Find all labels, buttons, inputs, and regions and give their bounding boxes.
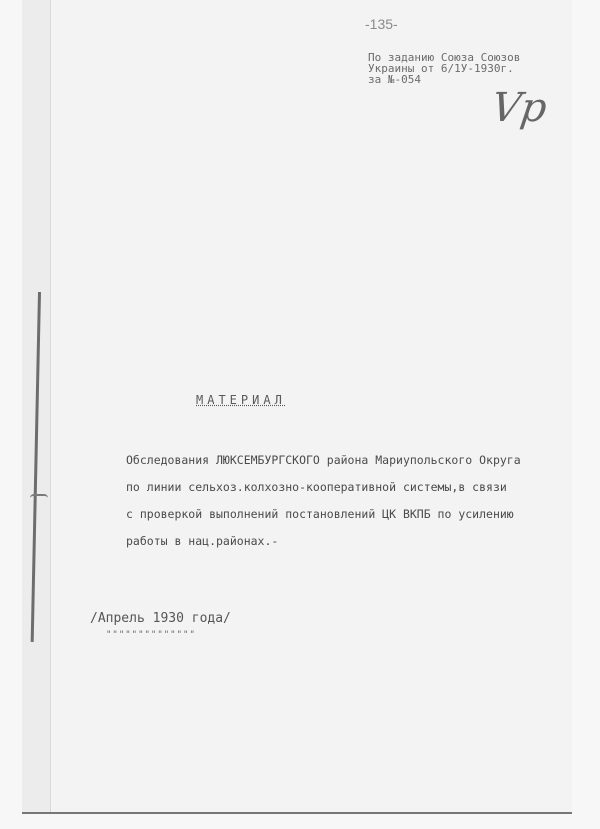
page-number: -135-: [365, 16, 398, 32]
binding-knot: [30, 494, 48, 506]
body-line: с проверкой выполнений постановлений ЦК …: [126, 501, 521, 528]
document-date: /Апрель 1930 года/: [90, 611, 231, 626]
stamp-line: за №-054: [368, 74, 520, 85]
document-title: МАТЕРИАЛ: [196, 393, 286, 407]
body-line: работы в нац.районах.-: [126, 528, 521, 555]
handwritten-signature: Vр: [489, 85, 550, 131]
document-body: Обследования ЛЮКСЕМБУРГСКОГО района Мари…: [126, 447, 521, 555]
archive-stamp: По заданию Союза СоюзовУкраины от 6/1У-1…: [368, 52, 520, 85]
body-line: по линии сельхоз.колхозно-кооперативной …: [126, 474, 521, 501]
body-line: Обследования ЛЮКСЕМБУРГСКОГО района Мари…: [126, 447, 521, 474]
date-underline: """""""""""""": [106, 630, 196, 640]
